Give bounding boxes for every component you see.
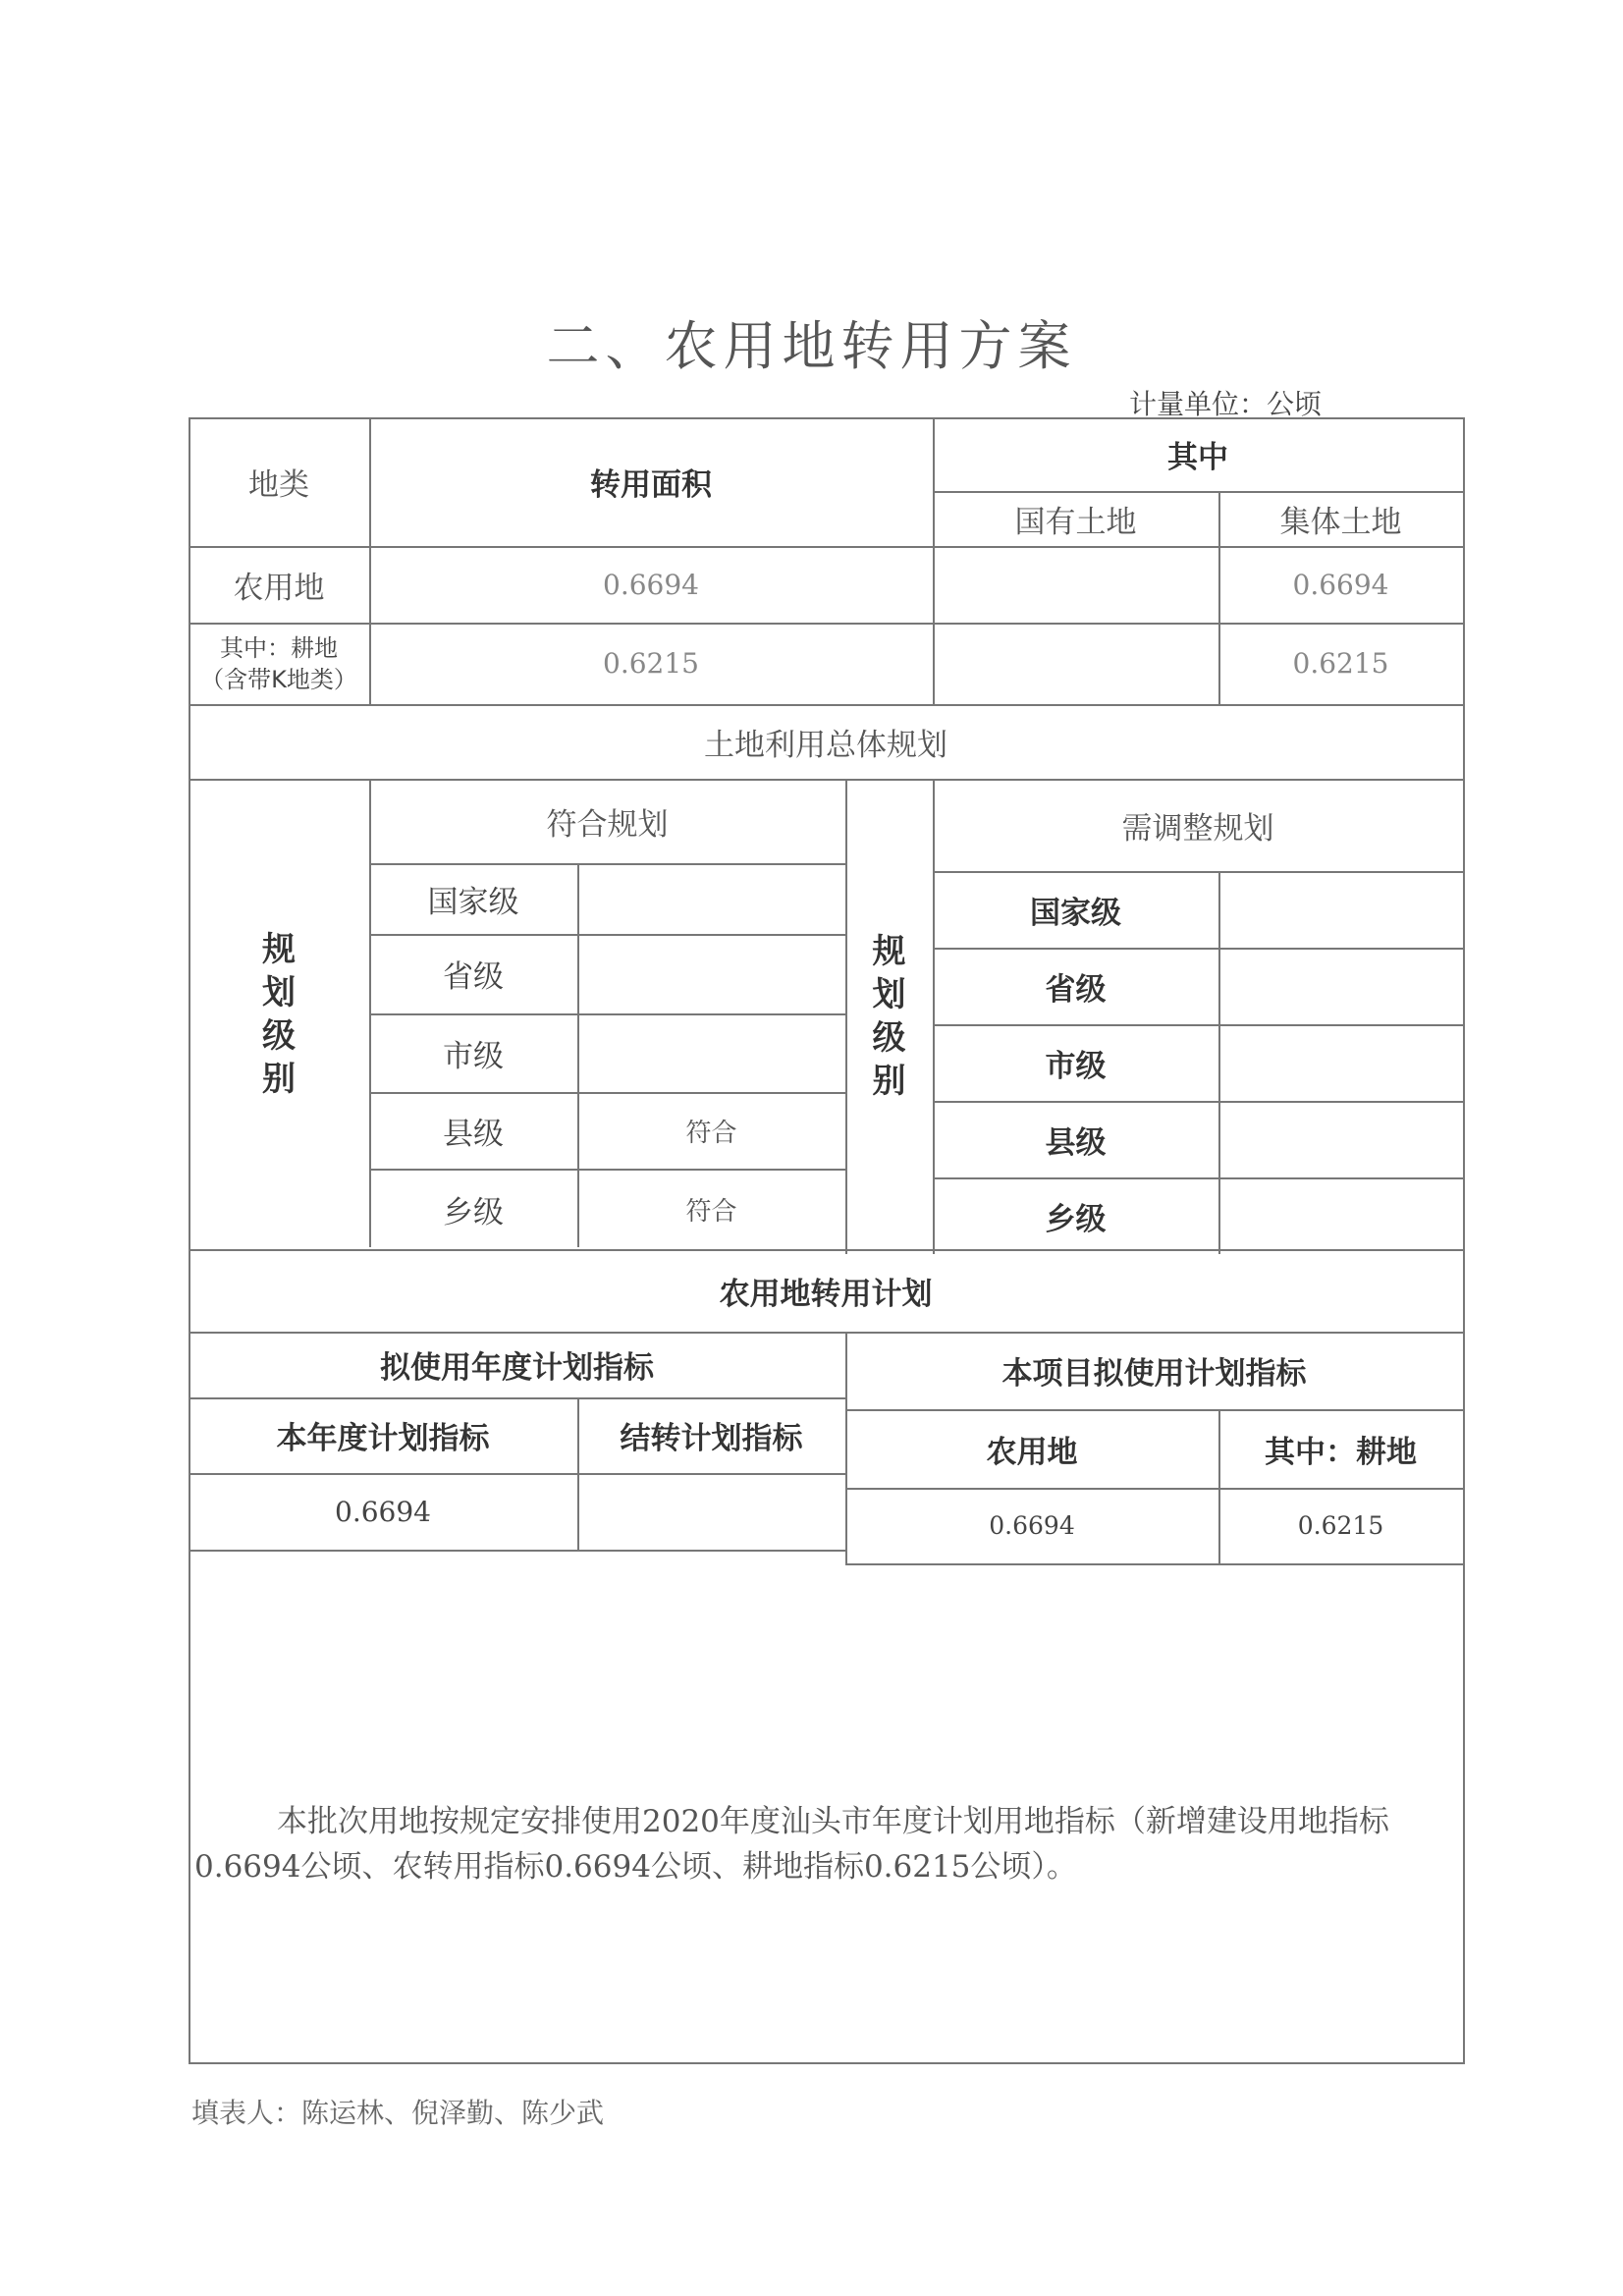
cultivated-label-line1: 其中：耕地: [220, 632, 338, 664]
agricultural-area-value: 0.6694: [369, 546, 933, 623]
header-of-which: 其中: [933, 417, 1463, 491]
grid-line: [189, 1550, 845, 1552]
header-needs-adjustment-plan: 需调整规划: [933, 779, 1463, 871]
left-value-township: 符合: [577, 1169, 845, 1249]
row-label-cultivated: 其中：耕地 （含带K地类）: [189, 623, 369, 704]
header-land-type: 地类: [189, 417, 369, 546]
unit-label: 计量单位：公顷: [1129, 383, 1322, 422]
left-value-provincial: [577, 934, 845, 1013]
header-conforming-plan: 符合规划: [369, 779, 845, 863]
right-value-township: [1218, 1177, 1463, 1254]
right-level-national: 国家级: [933, 871, 1218, 948]
right-value-city: [1218, 1024, 1463, 1101]
current-year-quota-value: 0.6694: [189, 1473, 577, 1550]
remarks-text: 本批次用地按规定安排使用2020年度汕头市年度计划用地指标（新增建设用地指标0.…: [194, 1799, 1441, 1889]
left-level-national: 国家级: [369, 863, 577, 934]
right-level-provincial: 省级: [933, 948, 1218, 1024]
page-title: 二、农用地转用方案: [0, 304, 1623, 380]
right-value-provincial: [1218, 948, 1463, 1024]
left-level-township: 乡级: [369, 1169, 577, 1249]
cultivated-label-line2: （含带K地类）: [200, 664, 357, 695]
right-level-county: 县级: [933, 1101, 1218, 1177]
right-level-township: 乡级: [933, 1177, 1218, 1254]
left-value-city: [577, 1013, 845, 1092]
carryover-quota-value: [577, 1473, 845, 1550]
cultivated-state-value: [933, 623, 1218, 704]
right-level-city: 市级: [933, 1024, 1218, 1101]
header-state-land: 国有土地: [933, 491, 1218, 546]
right-value-county: [1218, 1101, 1463, 1177]
header-annual-plan-quota: 拟使用年度计划指标: [189, 1332, 845, 1397]
header-collective-land: 集体土地: [1218, 491, 1463, 546]
header-project-plan-quota: 本项目拟使用计划指标: [845, 1332, 1463, 1409]
plan-level-text: 规划级别: [870, 930, 909, 1103]
agricultural-collective-value: 0.6694: [1218, 546, 1463, 623]
left-level-provincial: 省级: [369, 934, 577, 1013]
right-value-national: [1218, 871, 1463, 948]
header-project-agricultural: 农用地: [845, 1409, 1218, 1488]
project-agricultural-value: 0.6694: [845, 1488, 1218, 1563]
header-project-cultivated: 其中：耕地: [1218, 1409, 1463, 1488]
grid-line: [845, 1563, 1463, 1565]
left-value-national: [577, 863, 845, 934]
cultivated-area-value: 0.6215: [369, 623, 933, 704]
left-level-city: 市级: [369, 1013, 577, 1092]
form-filler: 填表人：陈运林、倪泽勤、陈少武: [191, 2092, 604, 2131]
plan-level-text: 规划级别: [259, 928, 298, 1101]
row-label-agricultural: 农用地: [189, 546, 369, 623]
left-plan-level-label: 规划级别: [189, 779, 369, 1249]
header-current-year-quota: 本年度计划指标: [189, 1397, 577, 1473]
section-conversion-plan-title: 农用地转用计划: [189, 1249, 1463, 1332]
agricultural-state-value: [933, 546, 1218, 623]
right-plan-level-label: 规划级别: [845, 779, 933, 1254]
left-level-county: 县级: [369, 1092, 577, 1169]
border-bottom: [189, 2062, 1463, 2064]
header-converted-area: 转用面积: [369, 417, 933, 546]
project-cultivated-value: 0.6215: [1218, 1488, 1463, 1563]
border-right: [1463, 417, 1465, 2064]
left-value-county: 符合: [577, 1092, 845, 1169]
header-carryover-quota: 结转计划指标: [577, 1397, 845, 1473]
cultivated-collective-value: 0.6215: [1218, 623, 1463, 704]
section-land-use-plan-title: 土地利用总体规划: [189, 704, 1463, 779]
